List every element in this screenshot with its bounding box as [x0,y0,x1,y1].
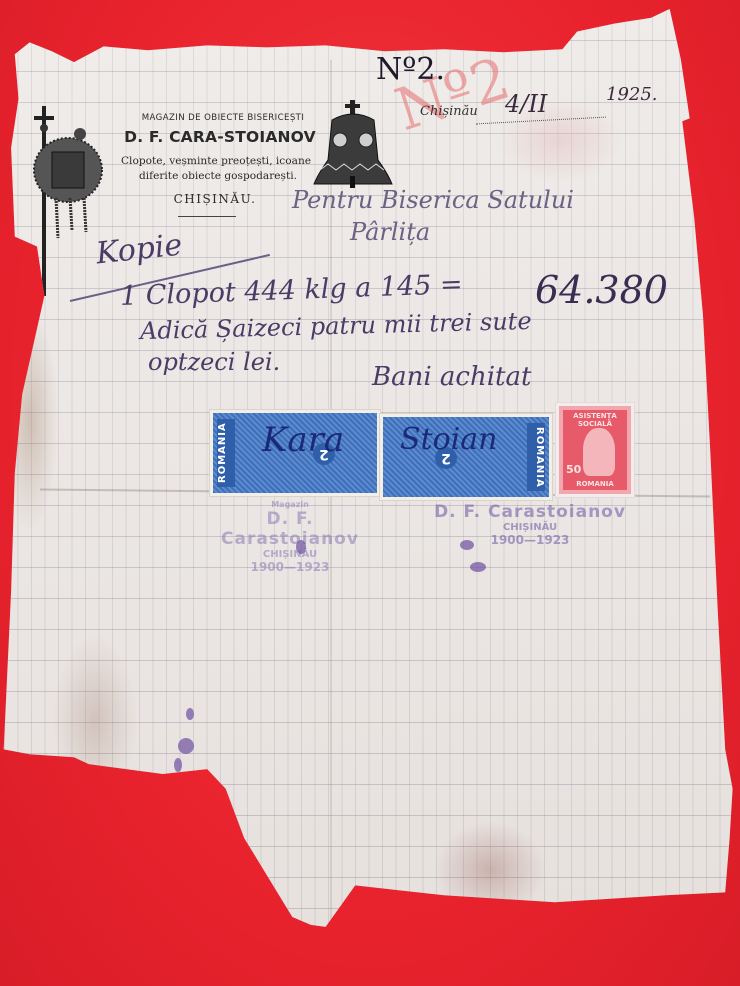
rubber-stamp-2: D. F. Carastoianov CHIȘINĂU 1900—1923 [430,502,630,547]
ink-blot [178,738,194,754]
shop-name: D. F. CARA-STOIANOV [104,128,336,146]
letterhead-rule [178,216,236,217]
stamp-country: ROMANIA [527,423,545,491]
stamp-country: ROMANIA [217,419,235,487]
signature-part2: Stoian [400,422,497,457]
charity-stamp-country: ROMANIA [563,480,627,488]
charity-stamp-value: 50 [566,463,581,476]
amount-in-words-line1: Adică Șaizeci patru mii trei sute [140,307,532,345]
invoice-date: 4/II [505,90,547,118]
ink-blot [460,540,474,550]
copy-label: Kopie [94,228,183,272]
ink-blot [186,708,194,720]
rubber-stamp-years: 1900—1923 [215,560,365,574]
ink-blot [296,540,306,554]
ink-blot [470,562,486,572]
line-total: 64.380 [535,268,668,312]
recipient-line1: Pentru Biserica Satului [292,186,574,214]
rubber-stamp-name: D. F. Carastoianov [430,502,630,522]
invoice-year: 1925. [606,84,658,105]
invoice-number: Nº2. [376,52,445,87]
signature-part1: Kara [262,420,344,460]
charity-stamp: ASISTENȚA SOCIALĂ 50 ROMANIA [556,403,634,497]
payment-received-note: Bani achitat [372,362,531,392]
rubber-stamp-city: CHIȘINĂU [430,522,630,533]
shop-goods-line1: Clopote, veșminte preoțești, icoane [108,155,324,167]
rubber-stamp-name: D. F. Carastoianov [215,509,365,549]
rubber-stamp-1: Magazin D. F. Carastoianov CHIȘINĂU 1900… [215,500,365,574]
shop-city: CHIȘINĂU. [150,192,280,206]
church-bell-icon [312,98,394,192]
church-banner-icon [28,98,106,298]
invoice-place: Chișinău [420,104,478,119]
charity-stamp-title: ASISTENȚA SOCIALĂ [563,412,627,428]
shop-type: MAGAZIN DE OBIECTE BISERICEȘTI [118,113,328,123]
recipient-village: Pârlița [350,218,430,246]
rubber-stamp-city: CHIȘINĂU [215,549,365,560]
receipt-paper: MAGAZIN DE OBIECTE BISERICEȘTI D. F. CAR… [0,0,740,986]
ink-blot [174,758,182,772]
charity-stamp-figure-icon [583,428,615,476]
rubber-stamp-shop: Magazin [215,500,365,509]
amount-in-words-line2: optzeci lei. [148,348,280,376]
shop-goods-line2: diferite obiecte gospodarești. [118,170,318,182]
